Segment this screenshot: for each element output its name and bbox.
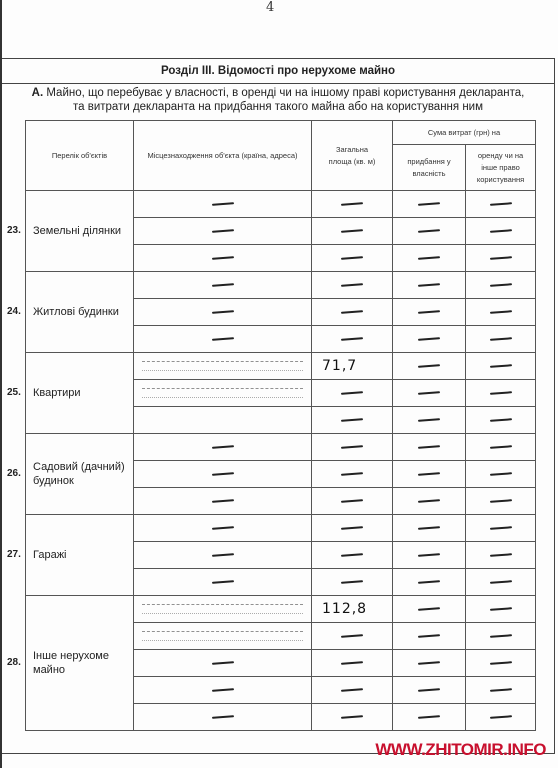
- handwritten-dash: [341, 229, 363, 233]
- area-cell: [312, 191, 393, 218]
- location-cell: [134, 461, 312, 488]
- handwritten-dash: [489, 202, 511, 206]
- category-number: 24.: [7, 305, 21, 319]
- handwritten-dash: [341, 499, 363, 503]
- purchase-cell: [393, 434, 466, 461]
- purchase-cell: [393, 218, 466, 245]
- rent-cell: [466, 407, 536, 434]
- subsection-heading: А. Майно, що перебуває у власності, в ор…: [2, 86, 554, 114]
- location-cell: [134, 704, 312, 731]
- location-cell: [134, 596, 312, 623]
- handwritten-dash: [489, 499, 511, 503]
- area-cell: [312, 407, 393, 434]
- purchase-cell: [393, 488, 466, 515]
- handwritten-dash: [341, 688, 363, 692]
- location-cell: [134, 218, 312, 245]
- handwritten-dash: [211, 688, 233, 692]
- category-number: 27.: [7, 548, 21, 562]
- header-purchase: придбання у власність: [393, 145, 466, 191]
- handwritten-dash: [341, 310, 363, 314]
- handwritten-dash: [418, 580, 440, 584]
- area-cell: [312, 299, 393, 326]
- rent-cell: [466, 218, 536, 245]
- handwritten-dash: [211, 310, 233, 314]
- area-cell: [312, 515, 393, 542]
- real-estate-table: Перелік об'єктів Місцезнаходження об'єкт…: [25, 120, 536, 731]
- redacted-address: [142, 604, 303, 614]
- purchase-cell: [393, 299, 466, 326]
- handwritten-dash: [341, 391, 363, 395]
- purchase-cell: [393, 515, 466, 542]
- handwritten-dash: [418, 688, 440, 692]
- rent-cell: [466, 596, 536, 623]
- handwritten-value: 112,8: [312, 601, 367, 617]
- handwritten-dash: [489, 337, 511, 341]
- table-row: Квартири25.71,7: [26, 353, 536, 380]
- handwritten-dash: [489, 472, 511, 476]
- category-number: 23.: [7, 224, 21, 238]
- purchase-cell: [393, 326, 466, 353]
- area-cell: 71,7: [312, 353, 393, 380]
- purchase-cell: [393, 596, 466, 623]
- purchase-cell: [393, 542, 466, 569]
- rent-cell: [466, 191, 536, 218]
- rent-cell: [466, 326, 536, 353]
- category-label: Земельні ділянки: [33, 225, 121, 237]
- rent-cell: [466, 650, 536, 677]
- category-label: Квартири: [33, 387, 81, 399]
- purchase-cell: [393, 650, 466, 677]
- handwritten-dash: [211, 337, 233, 341]
- purchase-cell: [393, 704, 466, 731]
- subsection-line1: Майно, що перебуває у власності, в оренд…: [46, 87, 524, 99]
- category-number: 28.: [7, 656, 21, 670]
- rent-cell: [466, 515, 536, 542]
- category-label: Житлові будинки: [33, 306, 119, 318]
- rent-cell: [466, 245, 536, 272]
- location-cell: [134, 191, 312, 218]
- area-cell: [312, 245, 393, 272]
- handwritten-dash: [418, 553, 440, 557]
- rent-cell: [466, 299, 536, 326]
- section-title: Розділ III. Відомості про нерухоме майно: [2, 59, 554, 84]
- location-cell: [134, 677, 312, 704]
- location-cell: [134, 515, 312, 542]
- handwritten-dash: [341, 256, 363, 260]
- purchase-cell: [393, 677, 466, 704]
- location-cell: [134, 488, 312, 515]
- category-cell: Гаражі27.: [26, 515, 134, 596]
- location-cell: [134, 380, 312, 407]
- category-cell: Квартири25.: [26, 353, 134, 434]
- header-objects: Перелік об'єктів: [26, 121, 134, 191]
- handwritten-dash: [418, 337, 440, 341]
- rent-cell: [466, 461, 536, 488]
- subsection-line2: та витрати декларанта на придбання таког…: [73, 101, 483, 113]
- purchase-cell: [393, 272, 466, 299]
- handwritten-dash: [489, 283, 511, 287]
- handwritten-dash: [489, 229, 511, 233]
- purchase-cell: [393, 569, 466, 596]
- site-watermark: WWW.ZHITOMIR.INFO: [375, 740, 546, 760]
- location-cell: [134, 407, 312, 434]
- handwritten-dash: [211, 499, 233, 503]
- purchase-cell: [393, 623, 466, 650]
- handwritten-dash: [489, 391, 511, 395]
- handwritten-dash: [418, 310, 440, 314]
- location-cell: [134, 353, 312, 380]
- table-row: Інше нерухоме майно28.112,8: [26, 596, 536, 623]
- handwritten-dash: [489, 688, 511, 692]
- location-cell: [134, 650, 312, 677]
- handwritten-dash: [489, 445, 511, 449]
- handwritten-dash: [341, 283, 363, 287]
- handwritten-dash: [418, 202, 440, 206]
- handwritten-dash: [489, 580, 511, 584]
- handwritten-dash: [418, 661, 440, 665]
- handwritten-dash: [211, 553, 233, 557]
- redacted-address: [142, 361, 303, 371]
- category-label: Інше нерухоме майно: [33, 650, 109, 676]
- handwritten-dash: [489, 418, 511, 422]
- handwritten-dash: [211, 256, 233, 260]
- handwritten-dash: [418, 499, 440, 503]
- handwritten-dash: [489, 364, 511, 368]
- handwritten-dash: [418, 445, 440, 449]
- handwritten-dash: [211, 283, 233, 287]
- category-cell: Садовий (дачний) будинок26.: [26, 434, 134, 515]
- rent-cell: [466, 488, 536, 515]
- redacted-address: [142, 631, 303, 641]
- handwritten-dash: [211, 580, 233, 584]
- category-cell: Інше нерухоме майно28.: [26, 596, 134, 731]
- location-cell: [134, 623, 312, 650]
- handwritten-dash: [341, 418, 363, 422]
- handwritten-dash: [418, 715, 440, 719]
- area-cell: [312, 704, 393, 731]
- handwritten-dash: [489, 607, 511, 611]
- rent-cell: [466, 569, 536, 596]
- purchase-cell: [393, 245, 466, 272]
- redacted-address: [142, 388, 303, 398]
- purchase-cell: [393, 353, 466, 380]
- handwritten-dash: [211, 229, 233, 233]
- handwritten-dash: [489, 310, 511, 314]
- rent-cell: [466, 542, 536, 569]
- handwritten-dash: [418, 472, 440, 476]
- purchase-cell: [393, 461, 466, 488]
- handwritten-dash: [341, 445, 363, 449]
- location-cell: [134, 542, 312, 569]
- category-cell: Житлові будинки24.: [26, 272, 134, 353]
- handwritten-dash: [341, 634, 363, 638]
- handwritten-dash: [341, 553, 363, 557]
- rent-cell: [466, 677, 536, 704]
- handwritten-dash: [341, 580, 363, 584]
- area-cell: [312, 380, 393, 407]
- area-cell: [312, 542, 393, 569]
- header-rent: оренду чи на інше право користування: [466, 145, 536, 191]
- rent-cell: [466, 380, 536, 407]
- table-row: Гаражі27.: [26, 515, 536, 542]
- category-number: 25.: [7, 386, 21, 400]
- area-cell: [312, 218, 393, 245]
- handwritten-dash: [211, 661, 233, 665]
- handwritten-dash: [418, 607, 440, 611]
- handwritten-dash: [418, 634, 440, 638]
- handwritten-dash: [418, 256, 440, 260]
- handwritten-dash: [418, 229, 440, 233]
- handwritten-dash: [341, 202, 363, 206]
- purchase-cell: [393, 191, 466, 218]
- purchase-cell: [393, 407, 466, 434]
- handwritten-dash: [489, 526, 511, 530]
- handwritten-dash: [418, 526, 440, 530]
- handwritten-dash: [418, 364, 440, 368]
- handwritten-dash: [489, 634, 511, 638]
- rent-cell: [466, 623, 536, 650]
- subsection-letter: А.: [32, 87, 44, 99]
- handwritten-dash: [211, 526, 233, 530]
- area-cell: [312, 488, 393, 515]
- location-cell: [134, 299, 312, 326]
- rent-cell: [466, 272, 536, 299]
- handwritten-dash: [489, 256, 511, 260]
- handwritten-dash: [341, 715, 363, 719]
- area-cell: [312, 461, 393, 488]
- header-expenses: Сума витрат (грн) на: [393, 121, 536, 145]
- handwritten-dash: [211, 472, 233, 476]
- area-cell: [312, 272, 393, 299]
- table-row: Житлові будинки24.: [26, 272, 536, 299]
- location-cell: [134, 434, 312, 461]
- header-area: Загальна площа (кв. м): [312, 121, 393, 191]
- area-cell: [312, 569, 393, 596]
- handwritten-dash: [211, 202, 233, 206]
- handwritten-dash: [341, 661, 363, 665]
- rent-cell: [466, 353, 536, 380]
- category-cell: Земельні ділянки23.: [26, 191, 134, 272]
- handwritten-dash: [489, 661, 511, 665]
- area-cell: 112,8: [312, 596, 393, 623]
- handwritten-dash: [418, 283, 440, 287]
- page-number: 4: [266, 0, 274, 15]
- handwritten-dash: [489, 553, 511, 557]
- area-cell: [312, 650, 393, 677]
- category-number: 26.: [7, 467, 21, 481]
- location-cell: [134, 272, 312, 299]
- rent-cell: [466, 704, 536, 731]
- location-cell: [134, 245, 312, 272]
- area-cell: [312, 623, 393, 650]
- area-cell: [312, 326, 393, 353]
- area-cell: [312, 677, 393, 704]
- handwritten-dash: [211, 445, 233, 449]
- location-cell: [134, 569, 312, 596]
- handwritten-dash: [489, 715, 511, 719]
- area-cell: [312, 434, 393, 461]
- purchase-cell: [393, 380, 466, 407]
- handwritten-dash: [418, 418, 440, 422]
- category-label: Садовий (дачний) будинок: [33, 461, 125, 487]
- table-row: Садовий (дачний) будинок26.: [26, 434, 536, 461]
- handwritten-dash: [211, 715, 233, 719]
- location-cell: [134, 326, 312, 353]
- handwritten-dash: [418, 391, 440, 395]
- rent-cell: [466, 434, 536, 461]
- header-location: Місцезнаходження об'єкта (країна, адреса…: [134, 121, 312, 191]
- handwritten-dash: [341, 526, 363, 530]
- handwritten-value: 71,7: [312, 358, 357, 374]
- handwritten-dash: [341, 337, 363, 341]
- category-label: Гаражі: [33, 549, 67, 561]
- table-row: Земельні ділянки23.: [26, 191, 536, 218]
- handwritten-dash: [341, 472, 363, 476]
